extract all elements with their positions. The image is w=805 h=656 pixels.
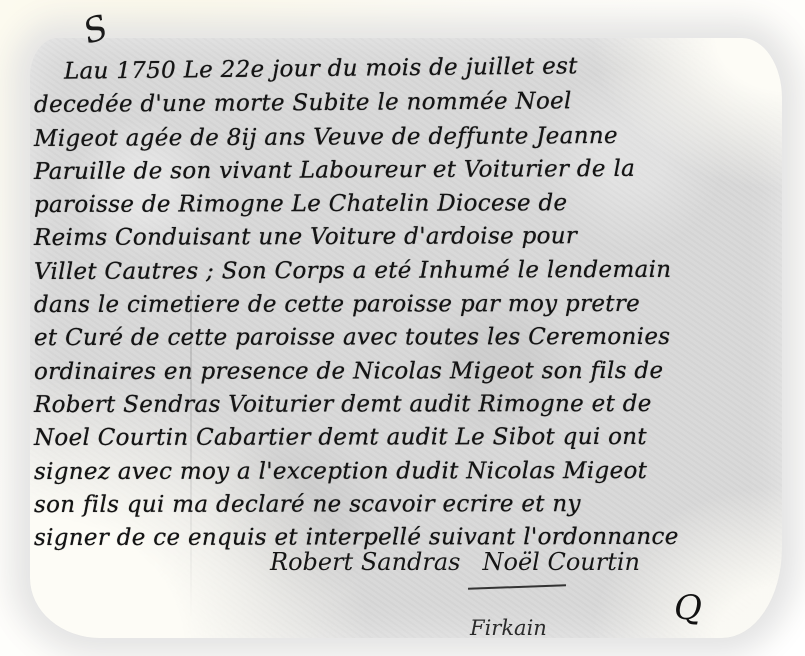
record-line: Villet Cautres ; Son Corps a eté Inhumé … [34, 253, 774, 289]
signature-noel-courtin: Noël Courtin [483, 548, 640, 576]
line-text: et Curé de cette paroisse avec toutes le… [34, 324, 670, 351]
record-line: decedée d'une morte Subite le nommée Noe… [34, 84, 774, 122]
line-text: Robert Sendras Voiturier demt audit Rimo… [34, 391, 652, 418]
record-line: Migeot agée de 8ij ans Veuve de deffunte… [34, 119, 774, 156]
line-text: Noel Courtin Cabartier demt audit Le Sib… [34, 424, 647, 451]
record-line: Noel Courtin Cabartier demt audit Le Sib… [34, 421, 774, 456]
record-line: ordinaires en presence de Nicolas Migeot… [34, 354, 774, 389]
line-text: paroisse de Rimogne Le Chatelin Diocese … [34, 190, 567, 218]
signature-block: Robert Sandras Noël Courtin Firkain Q [270, 548, 790, 576]
record-text: Lau 1750 Le 22e jour du mois de juillet … [34, 56, 774, 555]
line-text: decedée d'une morte Subite le nommée Noe… [34, 89, 572, 119]
record-line: son fils qui ma declaré ne scavoir ecrir… [34, 488, 774, 523]
record-line: Robert Sendras Voiturier demt audit Rimo… [34, 388, 774, 423]
signature-row: Robert Sandras Noël Courtin [270, 548, 790, 576]
line-text: Paruille de son vivant Laboureur et Voit… [34, 156, 635, 185]
line-text: dans le cimetiere de cette paroisse par … [34, 291, 640, 318]
record-line: signez avec moy a l'exception dudit Nico… [34, 454, 774, 489]
line-text: signez avec moy a l'exception dudit Nico… [34, 457, 647, 484]
document-canvas: S Lau 1750 Le 22e jour du mois de juille… [0, 0, 805, 656]
record-line: et Curé de cette paroisse avec toutes le… [34, 321, 774, 356]
signature-firkain: Firkain [470, 616, 547, 640]
record-line: dans le cimetiere de cette paroisse par … [34, 288, 774, 323]
signature-robert-sandras: Robert Sandras [270, 548, 461, 576]
line-text: Villet Cautres ; Son Corps a eté Inhumé … [34, 257, 671, 285]
record-line: Reims Conduisant une Voiture d'ardoise p… [34, 220, 774, 256]
line-text: Reims Conduisant une Voiture d'ardoise p… [34, 224, 577, 252]
signature-mark: Q [674, 588, 702, 628]
record-line: paroisse de Rimogne Le Chatelin Diocese … [34, 187, 774, 223]
line-text: Migeot agée de 8ij ans Veuve de deffunte… [34, 123, 618, 152]
line-text: Lau 1750 Le 22e jour du mois de juillet … [64, 53, 578, 84]
record-line: Lau 1750 Le 22e jour du mois de juillet … [34, 48, 774, 89]
line-text: ordinaires en presence de Nicolas Migeot… [34, 358, 663, 385]
record-line: Paruille de son vivant Laboureur et Voit… [34, 152, 774, 189]
line-text: son fils qui ma declaré ne scavoir ecrir… [34, 491, 581, 518]
